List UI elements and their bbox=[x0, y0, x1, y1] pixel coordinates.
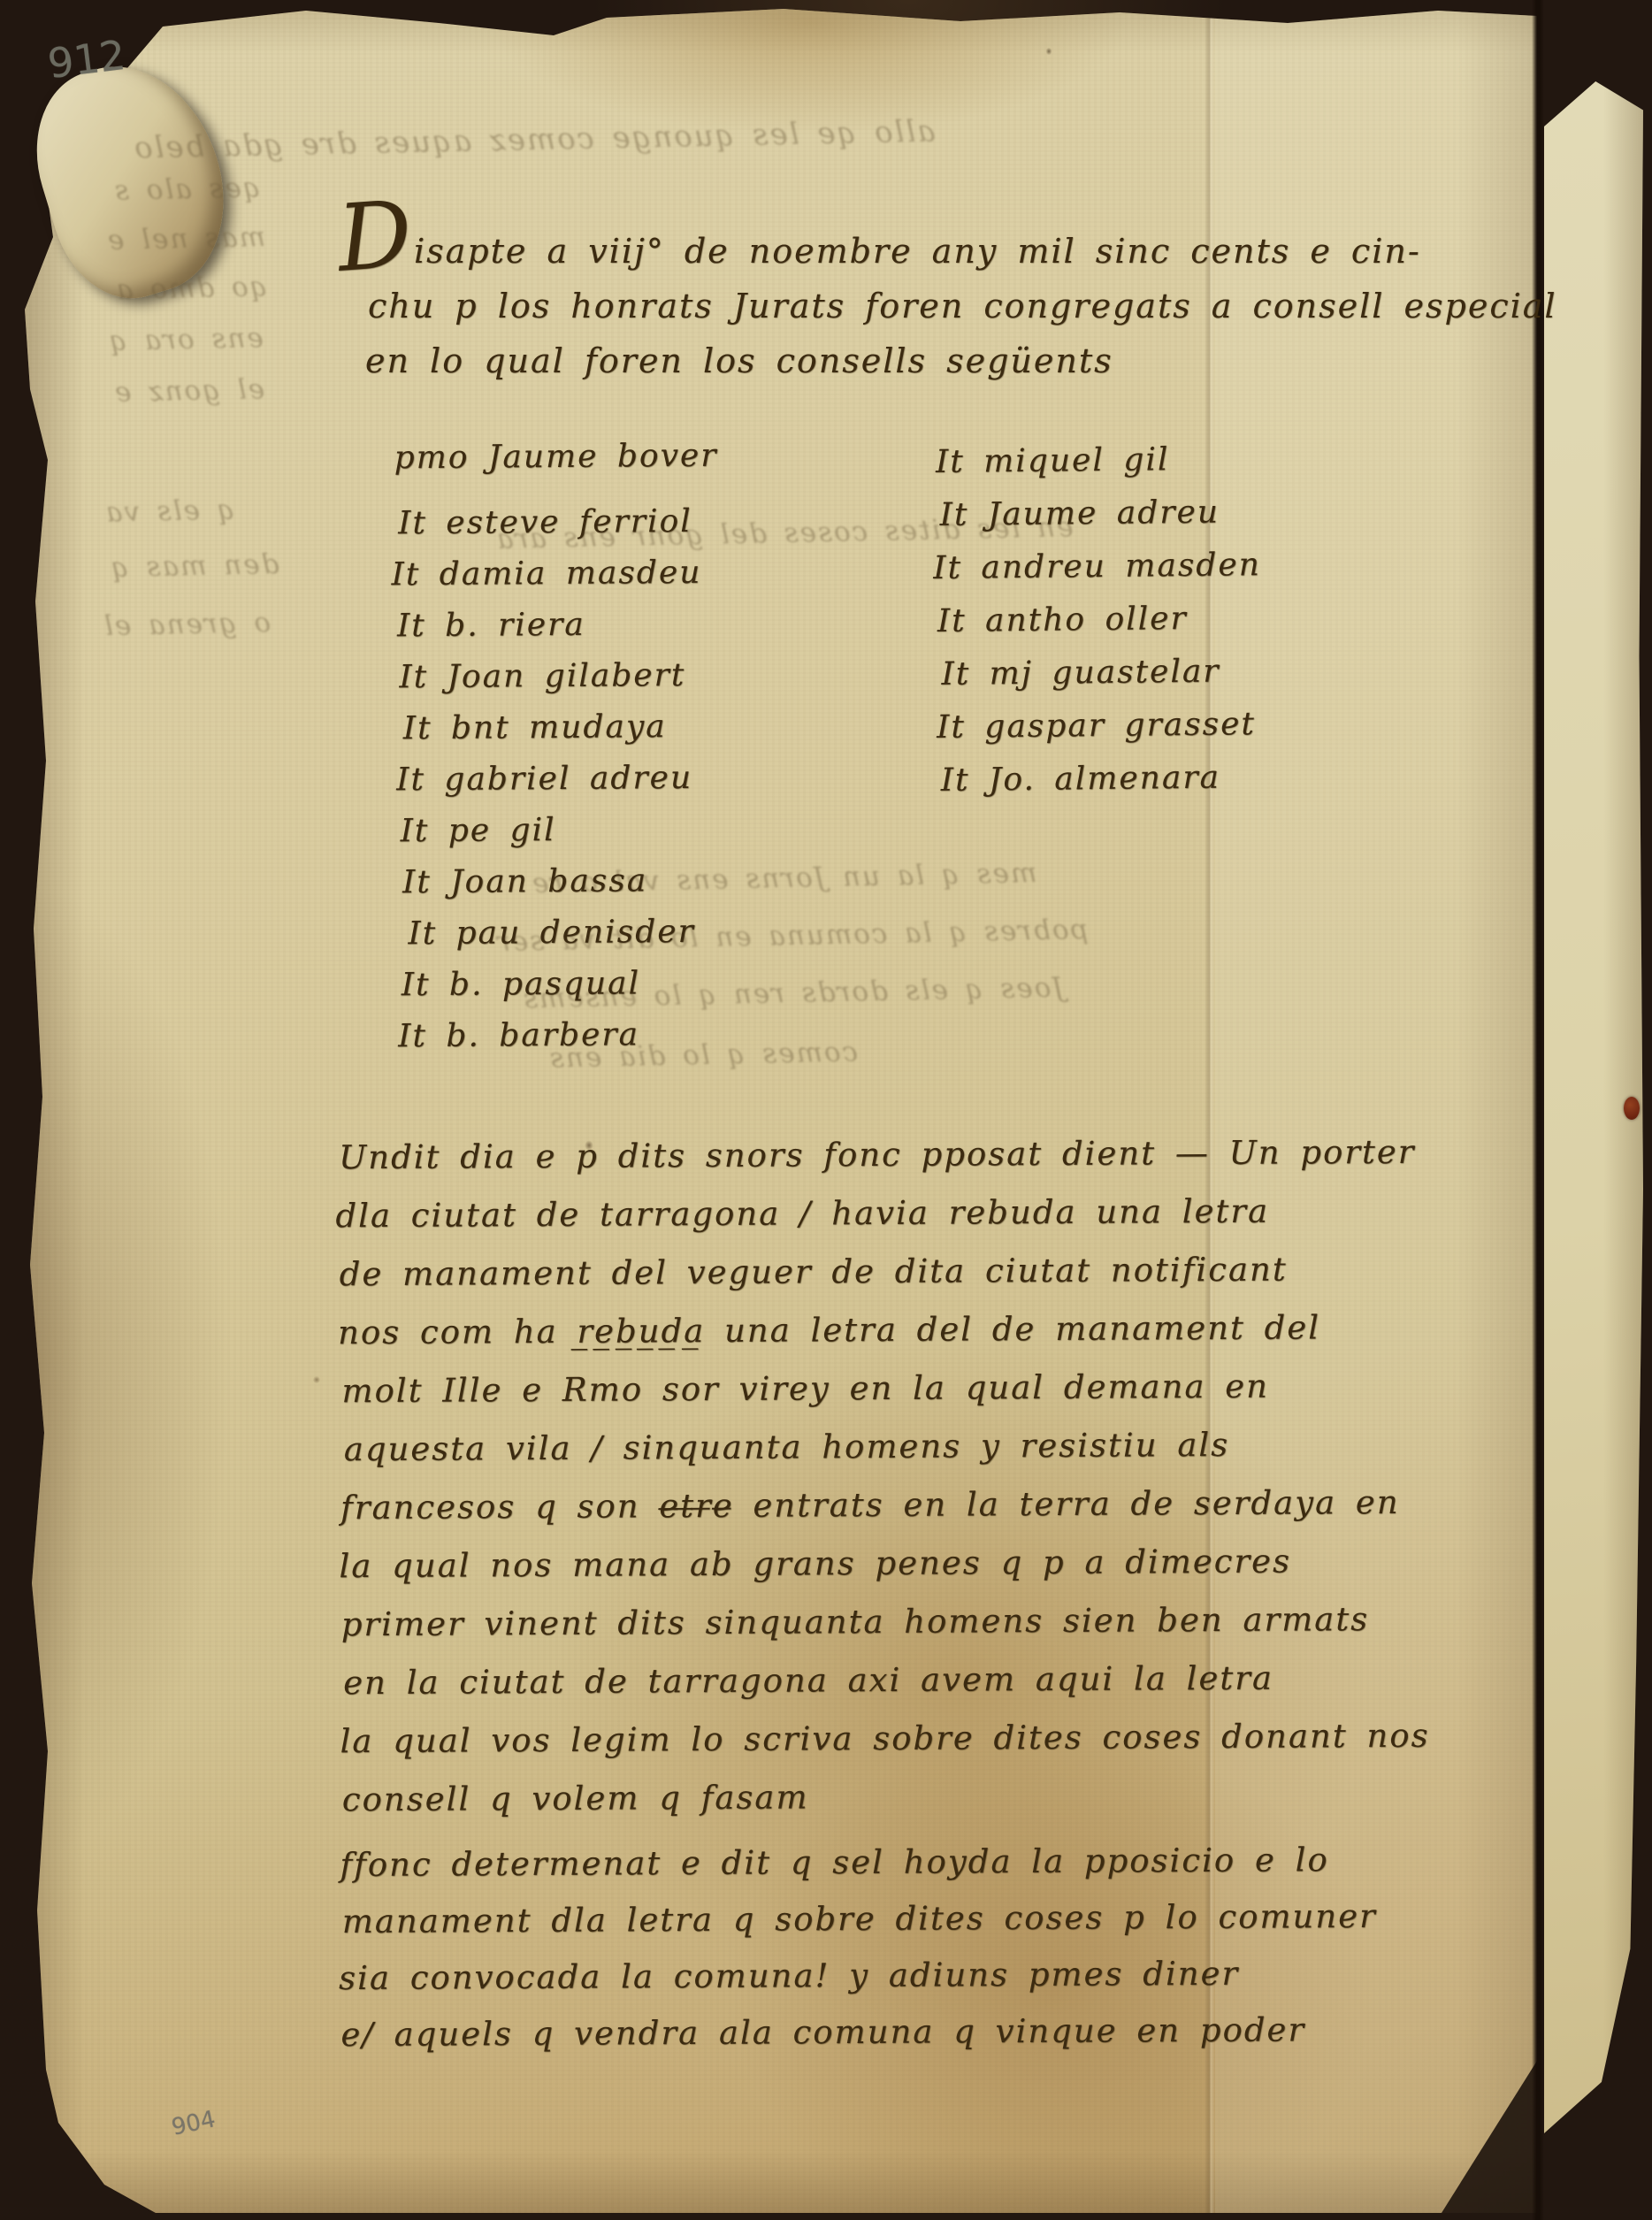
heading-initial-letter: D bbox=[335, 194, 416, 279]
record-paragraph-1: Undit dia e p dits snors fonc pposat die… bbox=[339, 1133, 1432, 1839]
paragraph-line: dla ciutat de tarragona / havia rebuda u… bbox=[335, 1191, 1425, 1255]
council-member: It gaspar grasset bbox=[937, 706, 1265, 762]
council-member: It bnt mudaya bbox=[403, 708, 727, 762]
council-member: It mj guastelar bbox=[941, 653, 1269, 709]
council-member: It pau denisder bbox=[408, 914, 731, 968]
paragraph-line: la qual vos legim lo scriva sobre dites … bbox=[340, 1717, 1429, 1780]
heading-line-3: en lo qual foren los consells següents bbox=[365, 341, 1113, 380]
ink-showthrough-line: o grena el bbox=[103, 607, 272, 642]
paragraph-line: francesos q son e̶t̶r̶e̶ entrats en la t… bbox=[340, 1483, 1430, 1547]
paragraph-line: ffonc determenat e dit q sel hoyda la pp… bbox=[340, 1841, 1374, 1902]
manuscript-photo: allo qe les quonge comez aques dre gda b… bbox=[0, 0, 1652, 2220]
council-member: It andreu masden bbox=[933, 547, 1261, 603]
council-member: It b. riera bbox=[397, 606, 721, 660]
council-list-right-column: It miquel gil It Jaume adreu It andreu m… bbox=[936, 440, 1267, 815]
council-list-left-column: pmo Jaume bover It esteve ferriol It dam… bbox=[394, 438, 723, 1070]
paragraph-line: nos com ha r̲e̲b̲u̲d̲a̲ una letra del de… bbox=[338, 1308, 1427, 1372]
ink-showthrough-line: qes alo s bbox=[113, 172, 261, 206]
paragraph-line: primer vinent dits sinquanta homens sien… bbox=[341, 1600, 1431, 1664]
council-member: It Jaume adreu bbox=[939, 494, 1267, 550]
council-member: It b. barbera bbox=[398, 1016, 722, 1070]
ink-showthrough-line: den mas q bbox=[110, 548, 279, 584]
paragraph-line: e/ aquels q vendra ala comuna q vinque e… bbox=[340, 2010, 1375, 2072]
paragraph-line: la qual nos mana ab grans penes q p a di… bbox=[339, 1542, 1428, 1605]
paragraph-line: Undit dia e p dits snors fonc pposat die… bbox=[339, 1133, 1428, 1197]
council-member: It esteve ferriol bbox=[398, 503, 722, 557]
council-member: It Jo. almenara bbox=[941, 759, 1269, 815]
council-member: It miquel gil bbox=[936, 440, 1264, 497]
council-member: pmo Jaume bover bbox=[394, 438, 718, 492]
paragraph-line: manament dla letra q sobre dites coses p… bbox=[342, 1897, 1377, 1959]
heading-line-1: isapte a viij° de noembre any mil sinc c… bbox=[414, 232, 1421, 271]
paragraph-line: aquesta vila / sinquanta homens y resist… bbox=[344, 1425, 1434, 1489]
ink-showthrough-line: q els va bbox=[104, 494, 235, 528]
council-member: It gabriel adreu bbox=[396, 760, 720, 814]
council-member: It Joan bassa bbox=[402, 862, 726, 916]
heading-line-2: chu p los honrats Jurats foren congregat… bbox=[368, 287, 1557, 325]
paragraph-line: de manament del veguer de dita ciutat no… bbox=[340, 1250, 1429, 1313]
paragraph-line: sia convocada la comuna! y adiuns pmes d… bbox=[339, 1954, 1373, 2016]
page-gutter-gap bbox=[1532, 0, 1544, 2220]
red-wax-dot bbox=[1624, 1097, 1640, 1120]
council-member: It damia masdeu bbox=[391, 555, 715, 609]
folio-number-pencil: 912 bbox=[45, 31, 128, 88]
ink-showthrough-line: qo dmo a bbox=[115, 271, 268, 306]
paragraph-line: molt Ille e Rmo sor virey en la qual dem… bbox=[341, 1366, 1431, 1430]
council-member: It pe gil bbox=[400, 811, 723, 865]
paragraph-line: consell q volem q fasam bbox=[342, 1775, 1432, 1839]
ink-showthrough-line: ens ora q bbox=[108, 322, 264, 357]
record-paragraph-2: ffonc determenat e dit q sel hoyda la pp… bbox=[340, 1841, 1375, 2072]
ink-showthrough-line: el gonz e bbox=[113, 373, 265, 409]
paragraph-line: en la ciutat de tarragona axi avem aqui … bbox=[343, 1658, 1433, 1722]
council-member: It Joan gilabert bbox=[399, 657, 723, 711]
ink-showthrough-line: mas nel e bbox=[106, 221, 266, 256]
council-member: It antho oller bbox=[937, 600, 1266, 656]
council-member: It b. pasqual bbox=[402, 965, 725, 1019]
